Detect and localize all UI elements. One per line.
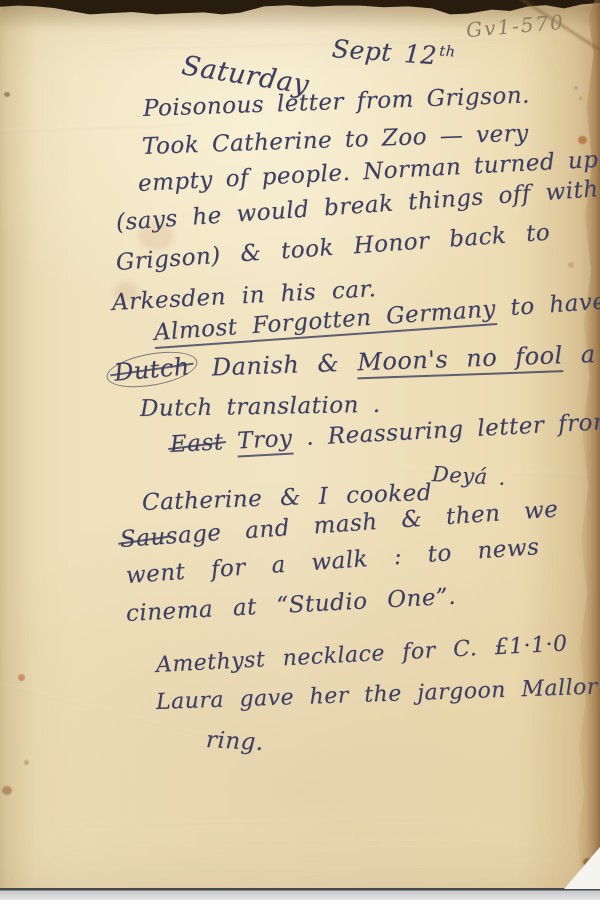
text-segment: ring. — [205, 727, 264, 756]
underlined-phrase: Troy — [237, 426, 294, 458]
text-segment: a — [562, 340, 596, 369]
text-segment: Dutch translation . — [140, 392, 381, 422]
foxing-spot — [24, 760, 29, 765]
foxing-spot — [568, 262, 574, 268]
text-segment: Danish & — [193, 348, 358, 382]
text-segment: Deyá . — [431, 462, 506, 490]
foxing-spot — [578, 136, 587, 144]
foxing-spot — [579, 97, 582, 100]
entry-line: ring. — [205, 727, 264, 756]
entry-line: Deyá . — [431, 462, 506, 490]
foxing-spot — [574, 86, 578, 90]
text-segment: th — [439, 43, 456, 60]
struck-word: East — [169, 429, 224, 458]
photo-backing-strip — [0, 888, 600, 900]
foxing-spot — [18, 674, 25, 681]
struck-word: Sau — [119, 524, 166, 553]
foxing-spot — [2, 786, 12, 795]
entry-line: Dutch translation . — [140, 392, 381, 422]
manuscript-photo: Gv1-570 SaturdaySept 12thPoisonous lette… — [0, 0, 600, 900]
foxing-spot — [4, 92, 10, 97]
struck-word: Dutch — [109, 352, 195, 387]
